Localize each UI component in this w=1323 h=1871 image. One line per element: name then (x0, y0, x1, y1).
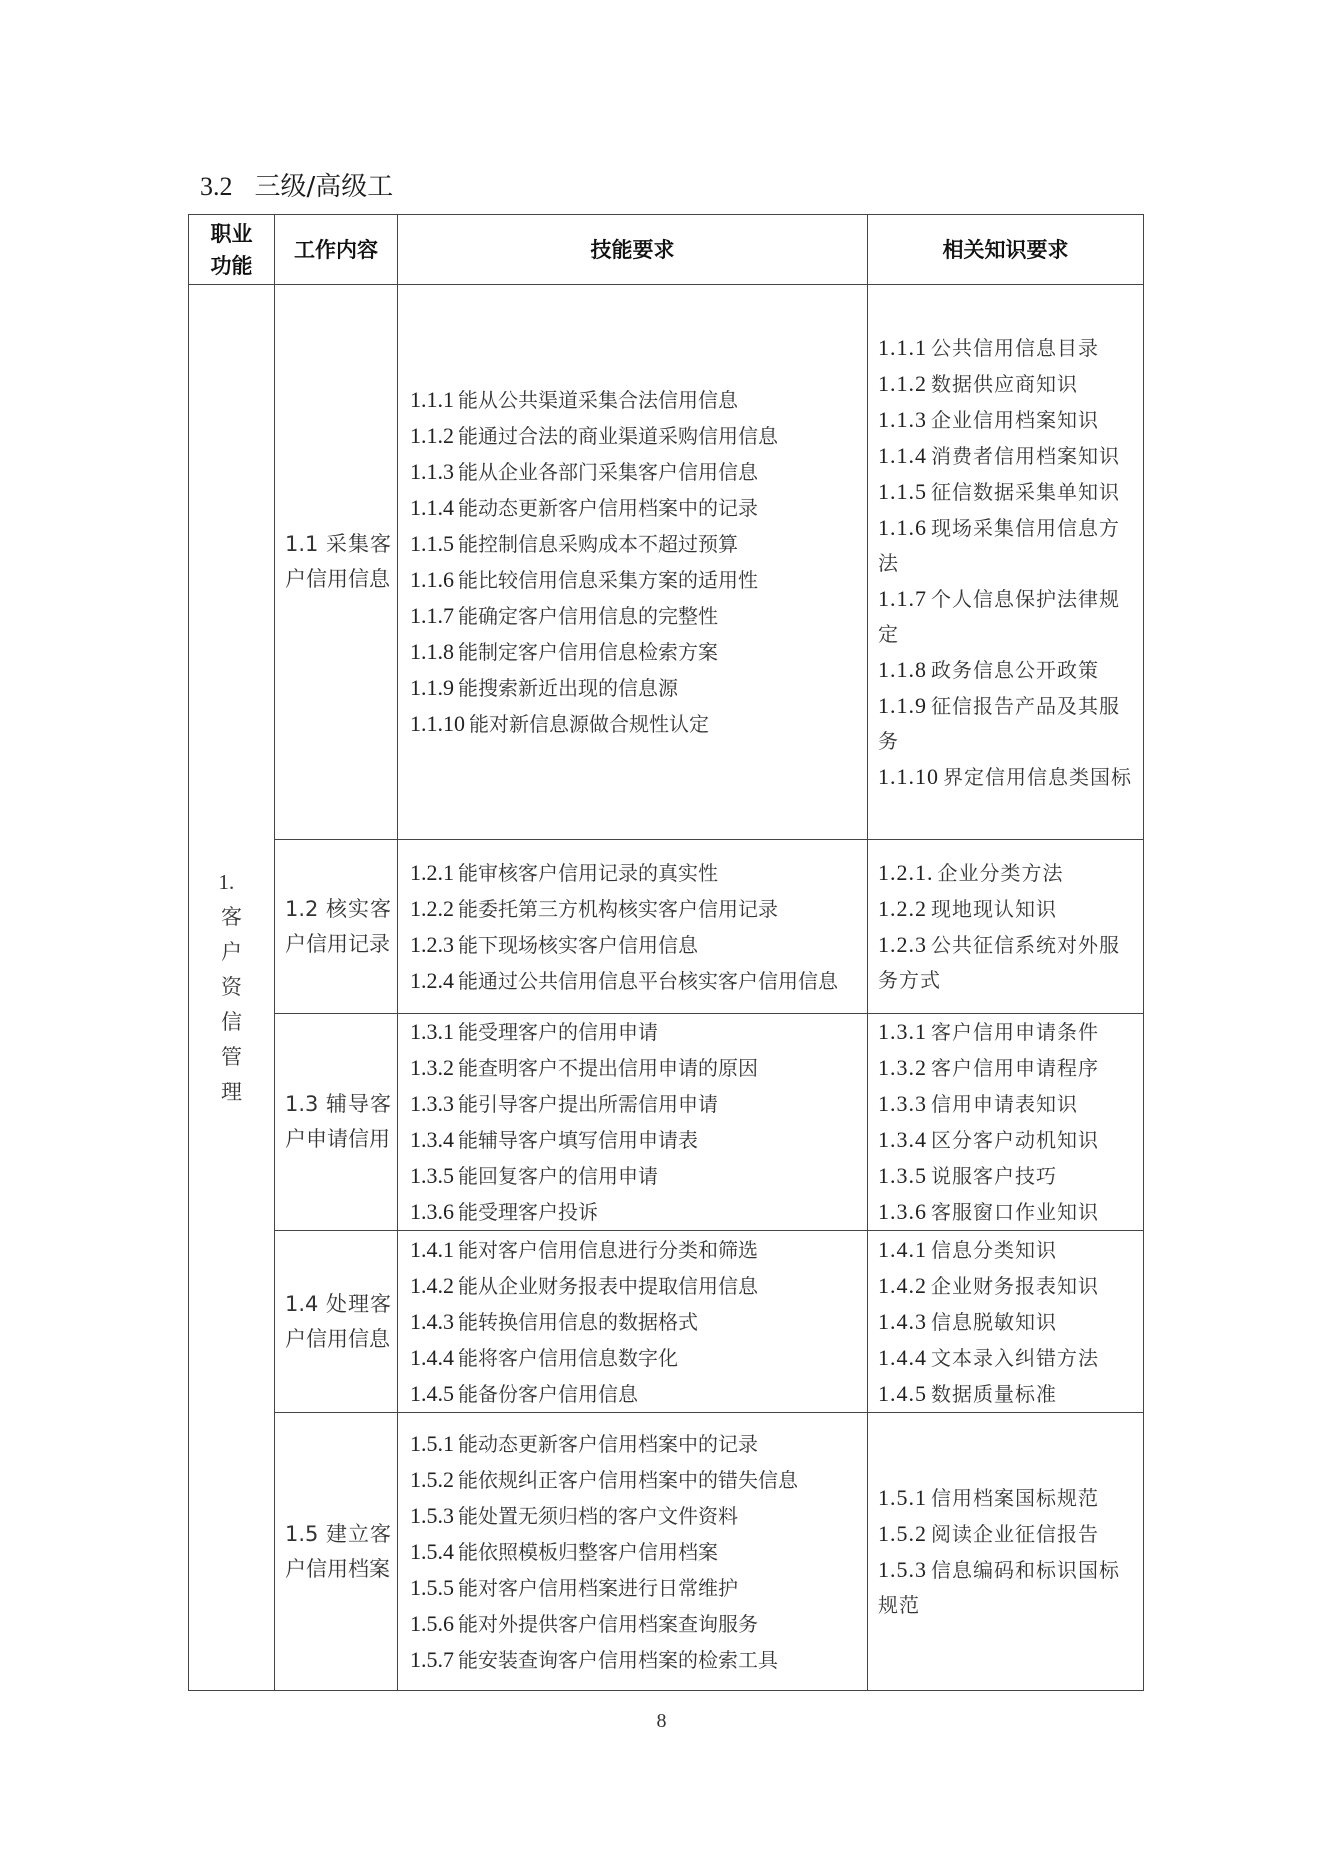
knowledge-item: 1.3.2客户信用申请程序 (878, 1050, 1135, 1086)
function-number: 1. (215, 865, 249, 900)
knowledge-item: 1.3.6客服窗口作业知识 (878, 1194, 1135, 1230)
skill-item: 1.5.5能对客户信用档案进行日常维护 (410, 1570, 857, 1606)
knowledge-item: 1.5.1信用档案国标规范 (878, 1480, 1135, 1516)
knowledge-item: 1.3.1客户信用申请条件 (878, 1014, 1135, 1050)
knowledge-item: 1.3.4区分客户动机知识 (878, 1122, 1135, 1158)
skill-item: 1.3.2能查明客户不提出信用申请的原因 (410, 1050, 857, 1086)
knowledge-item: 1.4.2企业财务报表知识 (878, 1268, 1135, 1304)
knowledge-item: 1.4.4文本录入纠错方法 (878, 1340, 1135, 1376)
skill-item: 1.4.4能将客户信用信息数字化 (410, 1340, 857, 1376)
skill-item: 1.2.1能审核客户信用记录的真实性 (410, 855, 857, 891)
skill-item: 1.4.5能备份客户信用信息 (410, 1376, 857, 1412)
knowledge-item: 1.1.8政务信息公开政策 (878, 652, 1135, 688)
skill-item: 1.5.7能安装查询客户信用档案的检索工具 (410, 1642, 857, 1678)
table-row: 1.2 核实客户信用记录 1.2.1能审核客户信用记录的真实性 1.2.2能委托… (189, 840, 1144, 1014)
skill-item: 1.5.4能依照模板归整客户信用档案 (410, 1534, 857, 1570)
knowledge-item: 1.1.10界定信用信息类国标 (878, 759, 1135, 795)
knowledge-item: 1.4.5数据质量标准 (878, 1376, 1135, 1412)
skill-item: 1.1.9能搜索新近出现的信息源 (410, 670, 857, 706)
header-function-line1: 职业 (189, 218, 274, 250)
skill-item: 1.1.6能比较信用信息采集方案的适用性 (410, 562, 857, 598)
skill-item: 1.3.4能辅导客户填写信用申请表 (410, 1122, 857, 1158)
skill-item: 1.3.6能受理客户投诉 (410, 1194, 857, 1230)
skill-item: 1.2.3能下现场核实客户信用信息 (410, 927, 857, 963)
skill-item: 1.5.2能依规纠正客户信用档案中的错失信息 (410, 1462, 857, 1498)
knowledge-cell: 1.3.1客户信用申请条件 1.3.2客户信用申请程序 1.3.3信用申请表知识… (868, 1014, 1144, 1231)
skills-cell: 1.3.1能受理客户的信用申请 1.3.2能查明客户不提出信用申请的原因 1.3… (398, 1014, 868, 1231)
header-work-content: 工作内容 (275, 215, 398, 285)
knowledge-item: 1.2.2现地现认知识 (878, 891, 1135, 927)
function-cell: 1. 客 户 资 信 管 理 (189, 285, 275, 1691)
knowledge-item: 1.4.3信息脱敏知识 (878, 1304, 1135, 1340)
knowledge-cell: 1.2.1.企业分类方法 1.2.2现地现认知识 1.2.3公共征信系统对外服务… (868, 840, 1144, 1014)
table-row: 1.5 建立客户信用档案 1.5.1能动态更新客户信用档案中的记录 1.5.2能… (189, 1413, 1144, 1691)
table-row: 1.4 处理客户信用信息 1.4.1能对客户信用信息进行分类和筛选 1.4.2能… (189, 1231, 1144, 1413)
skill-item: 1.1.2能通过合法的商业渠道采购信用信息 (410, 418, 857, 454)
knowledge-item: 1.1.5征信数据采集单知识 (878, 474, 1135, 510)
skill-item: 1.5.6能对外提供客户信用档案查询服务 (410, 1606, 857, 1642)
function-char: 信 (215, 1005, 249, 1040)
skill-item: 1.4.3能转换信用信息的数据格式 (410, 1304, 857, 1340)
knowledge-item: 1.2.1.企业分类方法 (878, 855, 1135, 891)
page-number: 8 (0, 1710, 1323, 1733)
header-skill-requirements: 技能要求 (398, 215, 868, 285)
work-content-cell: 1.3 辅导客户申请信用 (275, 1014, 398, 1231)
work-content-cell: 1.1 采集客户信用信息 (275, 285, 398, 840)
table-row: 1.3 辅导客户申请信用 1.3.1能受理客户的信用申请 1.3.2能查明客户不… (189, 1014, 1144, 1231)
work-content-cell: 1.4 处理客户信用信息 (275, 1231, 398, 1413)
knowledge-cell: 1.5.1信用档案国标规范 1.5.2阅读企业征信报告 1.5.3信息编码和标识… (868, 1413, 1144, 1691)
function-char: 理 (215, 1075, 249, 1110)
header-function: 职业 功能 (189, 215, 275, 285)
skill-item: 1.3.3能引导客户提出所需信用申请 (410, 1086, 857, 1122)
function-name-vertical: 1. 客 户 资 信 管 理 (215, 865, 249, 1110)
table-row: 1. 客 户 资 信 管 理 1.1 采集客户信用信息 1.1.1能从公共渠道采… (189, 285, 1144, 840)
skills-cell: 1.2.1能审核客户信用记录的真实性 1.2.2能委托第三方机构核实客户信用记录… (398, 840, 868, 1014)
skill-item: 1.1.10能对新信息源做合规性认定 (410, 706, 857, 742)
skill-item: 1.1.4能动态更新客户信用档案中的记录 (410, 490, 857, 526)
skills-standard-table: 职业 功能 工作内容 技能要求 相关知识要求 1. 客 户 资 信 管 理 1.… (188, 214, 1144, 1691)
function-char: 管 (215, 1040, 249, 1075)
work-content-cell: 1.5 建立客户信用档案 (275, 1413, 398, 1691)
knowledge-item: 1.2.3公共征信系统对外服务方式 (878, 927, 1135, 998)
skill-item: 1.1.3能从企业各部门采集客户信用信息 (410, 454, 857, 490)
skill-item: 1.3.1能受理客户的信用申请 (410, 1014, 857, 1050)
section-heading: 3.2三级/高级工 (200, 170, 393, 204)
header-knowledge-requirements: 相关知识要求 (868, 215, 1144, 285)
knowledge-item: 1.3.3信用申请表知识 (878, 1086, 1135, 1122)
section-number: 3.2 (200, 172, 233, 201)
knowledge-item: 1.1.2数据供应商知识 (878, 366, 1135, 402)
skill-item: 1.5.1能动态更新客户信用档案中的记录 (410, 1426, 857, 1462)
knowledge-item: 1.1.4消费者信用档案知识 (878, 438, 1135, 474)
skill-item: 1.5.3能处置无须归档的客户文件资料 (410, 1498, 857, 1534)
knowledge-item: 1.5.3信息编码和标识国标规范 (878, 1552, 1135, 1623)
table-header-row: 职业 功能 工作内容 技能要求 相关知识要求 (189, 215, 1144, 285)
knowledge-cell: 1.4.1信息分类知识 1.4.2企业财务报表知识 1.4.3信息脱敏知识 1.… (868, 1231, 1144, 1413)
section-title-text: 三级/高级工 (255, 172, 394, 202)
skills-cell: 1.5.1能动态更新客户信用档案中的记录 1.5.2能依规纠正客户信用档案中的错… (398, 1413, 868, 1691)
knowledge-cell: 1.1.1公共信用信息目录 1.1.2数据供应商知识 1.1.3企业信用档案知识… (868, 285, 1144, 840)
knowledge-item: 1.1.6现场采集信用信息方法 (878, 510, 1135, 581)
skill-item: 1.1.1能从公共渠道采集合法信用信息 (410, 382, 857, 418)
skill-item: 1.1.7能确定客户信用信息的完整性 (410, 598, 857, 634)
header-function-line2: 功能 (189, 250, 274, 282)
knowledge-item: 1.1.3企业信用档案知识 (878, 402, 1135, 438)
function-char: 资 (215, 970, 249, 1005)
knowledge-item: 1.4.1信息分类知识 (878, 1232, 1135, 1268)
knowledge-item: 1.5.2阅读企业征信报告 (878, 1516, 1135, 1552)
skill-item: 1.2.2能委托第三方机构核实客户信用记录 (410, 891, 857, 927)
function-char: 客 (215, 900, 249, 935)
skill-item: 1.1.5能控制信息采购成本不超过预算 (410, 526, 857, 562)
knowledge-item: 1.1.9征信报告产品及其服务 (878, 688, 1135, 759)
skills-cell: 1.4.1能对客户信用信息进行分类和筛选 1.4.2能从企业财务报表中提取信用信… (398, 1231, 868, 1413)
skill-item: 1.4.1能对客户信用信息进行分类和筛选 (410, 1232, 857, 1268)
skills-cell: 1.1.1能从公共渠道采集合法信用信息 1.1.2能通过合法的商业渠道采购信用信… (398, 285, 868, 840)
work-content-cell: 1.2 核实客户信用记录 (275, 840, 398, 1014)
skill-item: 1.3.5能回复客户的信用申请 (410, 1158, 857, 1194)
knowledge-item: 1.3.5说服客户技巧 (878, 1158, 1135, 1194)
knowledge-item: 1.1.7个人信息保护法律规定 (878, 581, 1135, 652)
skill-item: 1.2.4能通过公共信用信息平台核实客户信用信息 (410, 963, 857, 999)
function-char: 户 (215, 935, 249, 970)
skill-item: 1.4.2能从企业财务报表中提取信用信息 (410, 1268, 857, 1304)
knowledge-item: 1.1.1公共信用信息目录 (878, 330, 1135, 366)
skill-item: 1.1.8能制定客户信用信息检索方案 (410, 634, 857, 670)
